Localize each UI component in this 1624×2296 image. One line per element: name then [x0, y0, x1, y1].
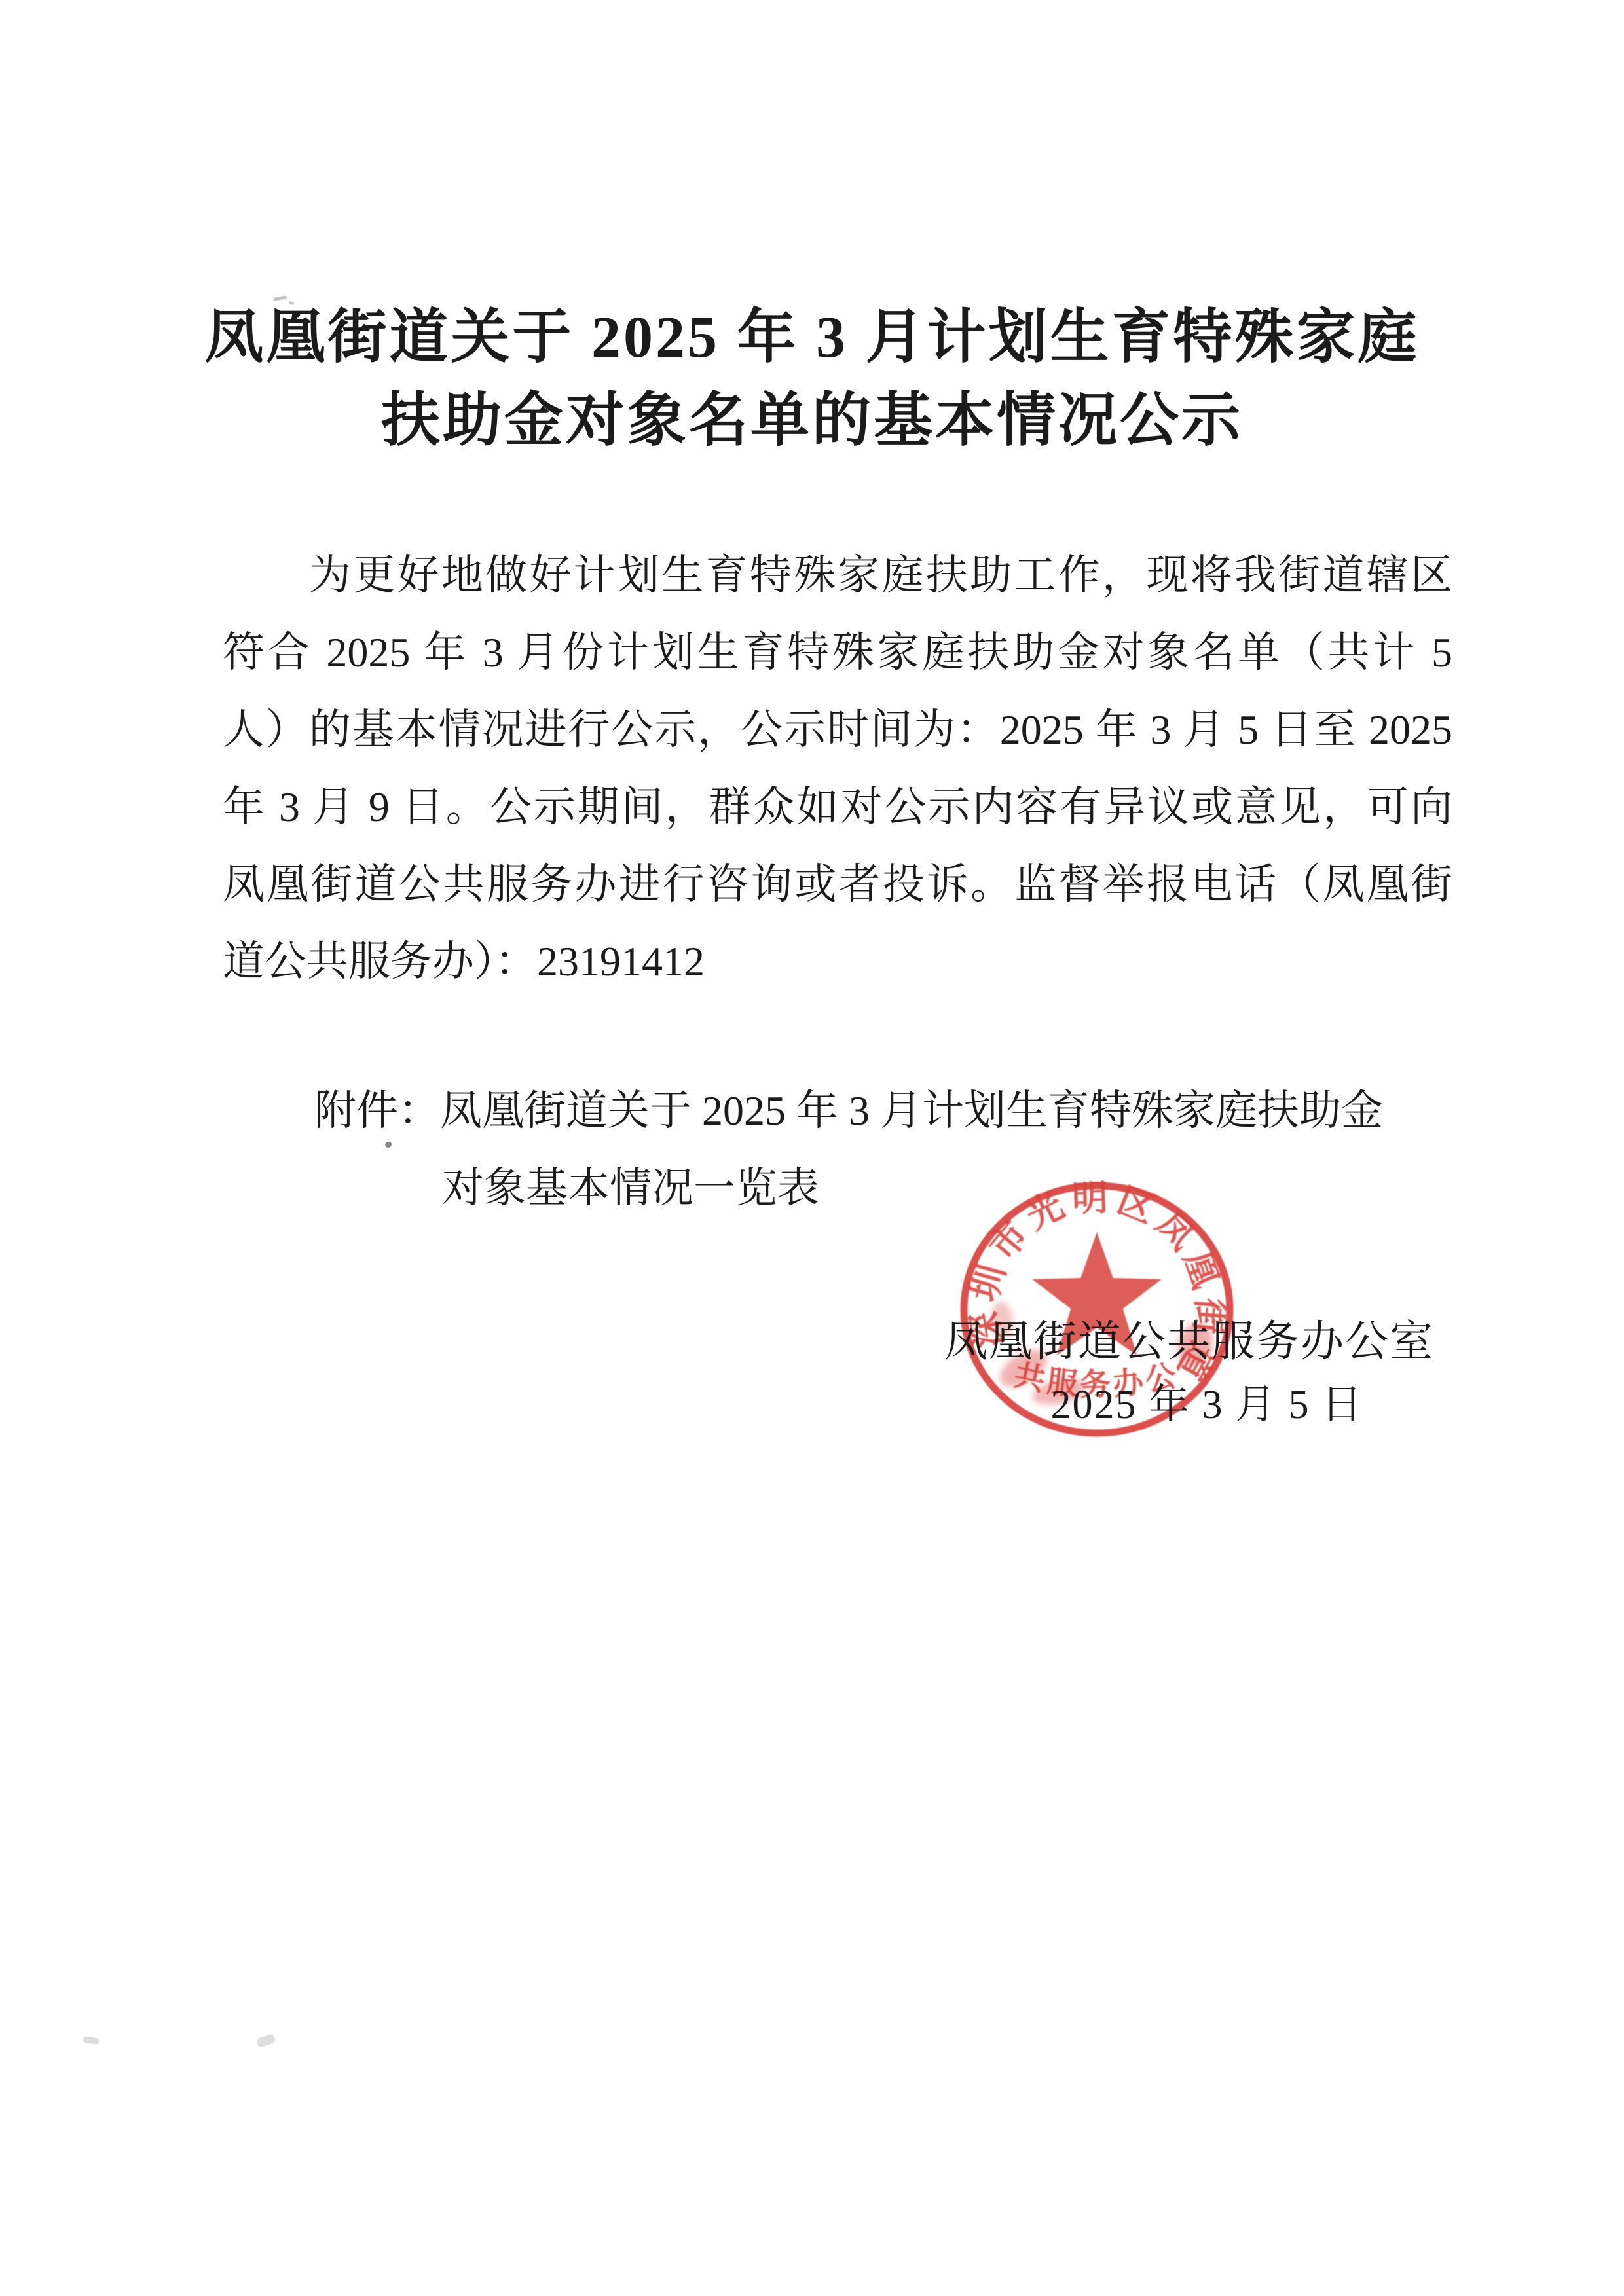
- attachment-note: 附件：凤凰街道关于 2025 年 3 月计划生育特殊家庭扶助金 对象基本情况一览…: [223, 1072, 1452, 1227]
- body-line: 人）的基本情况进行公示，公示时间为：2025 年 3 月 5 日至 2025: [223, 691, 1452, 769]
- body-line: 符合 2025 年 3 月份计划生育特殊家庭扶助金对象名单（共计 5: [223, 614, 1452, 691]
- signature-date: 2025 年 3 月 5 日: [1050, 1372, 1363, 1430]
- attachment-line-2: 对象基本情况一览表: [223, 1150, 1452, 1227]
- body-line: 为更好地做好计划生育特殊家庭扶助工作，现将我街道辖区: [223, 537, 1452, 614]
- scan-artifact-smudge-2: [256, 2033, 276, 2048]
- body-paragraph: 为更好地做好计划生育特殊家庭扶助工作，现将我街道辖区 符合 2025 年 3 月…: [223, 537, 1452, 1000]
- signature-org: 凤凰街道公共服务办公室: [944, 1306, 1434, 1368]
- scan-artifact-smudge-1: [83, 2036, 99, 2044]
- page-title-line-2: 扶助金对象名单的基本情况公示: [92, 379, 1532, 462]
- attachment-line-1: 附件：凤凰街道关于 2025 年 3 月计划生育特殊家庭扶助金: [223, 1072, 1452, 1150]
- document-page: 凤凰街道关于 2025 年 3 月计划生育特殊家庭 扶助金对象名单的基本情况公示…: [0, 0, 1624, 2296]
- page-title-line-1: 凤凰街道关于 2025 年 3 月计划生育特殊家庭: [92, 296, 1532, 379]
- body-line: 凤凰街道公共服务办进行咨询或者投诉。监督举报电话（凤凰街: [223, 846, 1452, 923]
- body-line: 年 3 月 9 日。公示期间，群众如对公示内容有异议或意见，可向: [223, 769, 1452, 846]
- page-title: 凤凰街道关于 2025 年 3 月计划生育特殊家庭 扶助金对象名单的基本情况公示: [92, 296, 1532, 462]
- body-line: 道公共服务办）：23191412: [223, 923, 1452, 1000]
